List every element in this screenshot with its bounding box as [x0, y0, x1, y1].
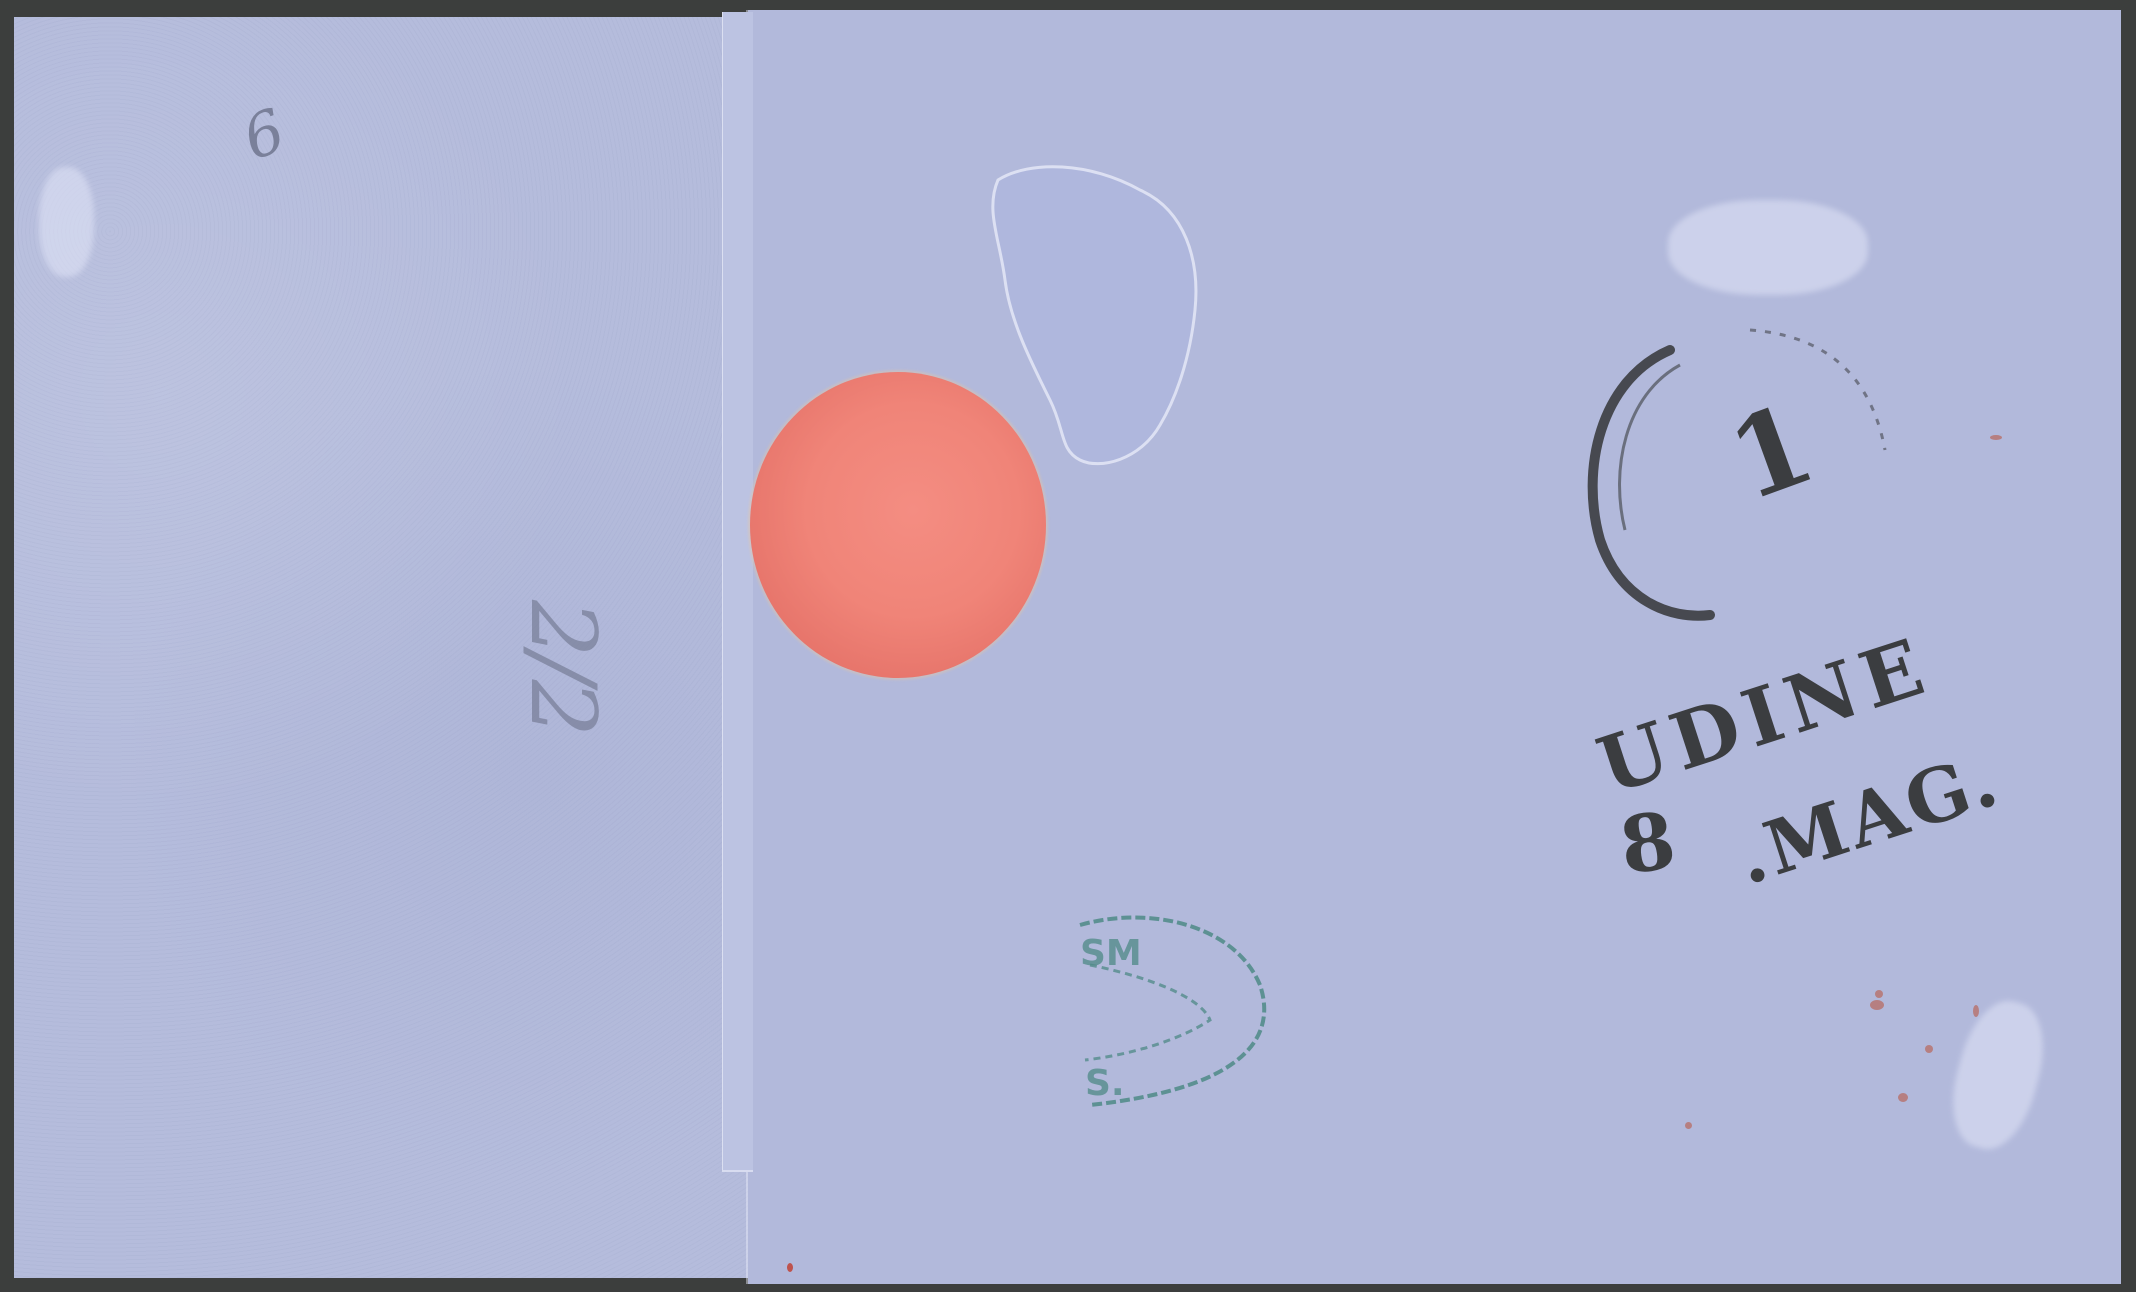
ink-speck — [1870, 1000, 1884, 1010]
fold-flap — [722, 12, 753, 1172]
ink-speck — [1685, 1122, 1692, 1129]
ink-speck — [787, 1263, 793, 1272]
oval-stamp-top-text: SM — [1080, 933, 1142, 974]
paper-scuff — [1940, 992, 2056, 1158]
ink-speck — [1875, 990, 1883, 998]
postmark-numeral: 1 — [1713, 378, 1829, 525]
red-wax-seal — [750, 372, 1046, 678]
ink-speck — [1973, 1005, 1979, 1017]
udine-postmark: 1 UDINE 8 .MAG. — [1560, 310, 2030, 900]
postmark-day: 8 — [1614, 795, 1680, 893]
ink-speck — [1990, 435, 2002, 440]
ink-speck — [1925, 1045, 1933, 1053]
oval-stamp-bottom-text: S. — [1085, 1063, 1125, 1104]
paper-scuff — [1668, 200, 1868, 295]
oval-handstamp: SM S. — [1060, 905, 1280, 1110]
paper-scuff — [39, 167, 94, 277]
letter-left-panel — [14, 17, 754, 1278]
ink-speck — [1898, 1093, 1908, 1102]
manuscript-notation: 2/2 — [510, 600, 615, 733]
